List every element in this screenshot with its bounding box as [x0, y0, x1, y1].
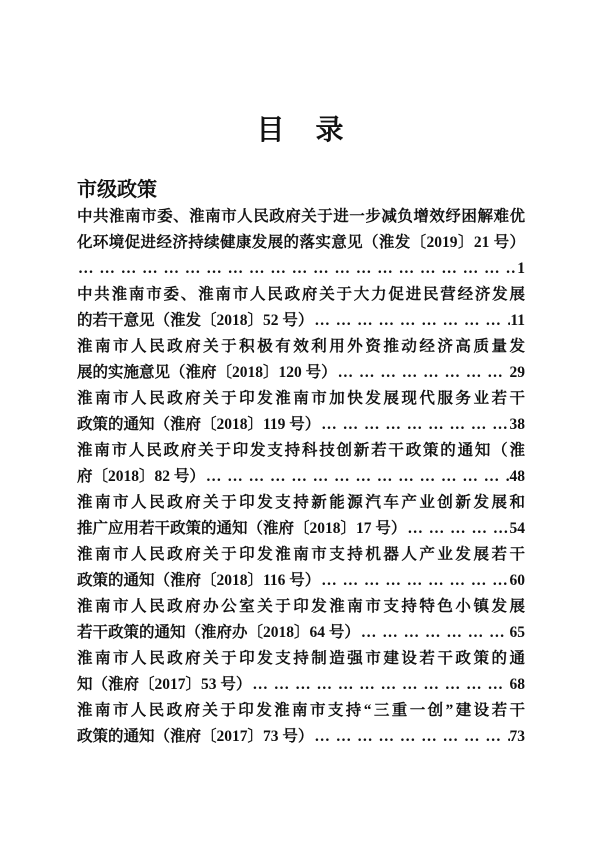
toc-entry: 中共淮南市委、淮南市人民政府关于进一步减负增效纾困解难优化环境促进经济持续健康发… — [77, 204, 525, 282]
toc-entry-leader-line: 政策的通知（淮府〔2018〕116 号）… … … … … … … … … … … — [77, 568, 525, 594]
page-number: 29 — [510, 360, 526, 386]
page-number: 60 — [510, 568, 526, 594]
toc-entry: 淮南市人民政府关于印发支持新能源汽车产业创新发展和推广应用若干政策的通知（淮府〔… — [77, 490, 525, 542]
toc-entry-leader-line: 政策的通知（淮府〔2017〕73 号）… … … … … … … … … … …… — [77, 724, 525, 750]
toc-entry-title-line: 淮南市人民政府关于印发支持科技创新若干政策的通知（淮 — [77, 438, 525, 464]
toc-entry-title-line: 推广应用若干政策的通知（淮府〔2018〕17 号） — [77, 516, 406, 542]
toc-content: 目 录 市级政策 中共淮南市委、淮南市人民政府关于进一步减负增效纾困解难优化环境… — [77, 112, 525, 750]
page-number: 73 — [510, 724, 526, 750]
toc-entry-title-line: 中共淮南市委、淮南市人民政府关于大力促进民营经济发展 — [77, 282, 525, 308]
toc-entry-title-line: 淮南市人民政府办公室关于印发淮南市支持特色小镇发展 — [77, 594, 525, 620]
toc-entry-title-line: 淮南市人民政府关于印发淮南市支持“三重一创”建设若干 — [77, 698, 525, 724]
page-number: 38 — [510, 412, 526, 438]
page-number: 54 — [510, 516, 526, 542]
toc-entry: 淮南市人民政府办公室关于印发淮南市支持特色小镇发展若干政策的通知（淮府办〔201… — [77, 594, 525, 646]
toc-entry-title-line: 淮南市人民政府关于印发支持新能源汽车产业创新发展和 — [77, 490, 525, 516]
toc-entry-leader-line: 府〔2018〕82 号）… … … … … … … … … … … … … … … — [77, 464, 525, 490]
page-number: 1 — [517, 256, 525, 282]
document-page: 目 录 市级政策 中共淮南市委、淮南市人民政府关于进一步减负增效纾困解难优化环境… — [0, 0, 600, 847]
toc-entry-title-line: 的若干意见（淮发〔2018〕52 号） — [77, 308, 313, 334]
dot-leader: … … … … … … … … … … … … … … … … … … … … … — [320, 568, 509, 594]
page-number: 48 — [510, 464, 526, 490]
toc-entry: 中共淮南市委、淮南市人民政府关于大力促进民营经济发展的若干意见（淮发〔2018〕… — [77, 282, 525, 334]
page-number: 11 — [510, 308, 525, 334]
toc-list: 中共淮南市委、淮南市人民政府关于进一步减负增效纾困解难优化环境促进经济持续健康发… — [77, 204, 525, 750]
toc-entry-leader-line: 的若干意见（淮发〔2018〕52 号）… … … … … … … … … … …… — [77, 308, 525, 334]
toc-title: 目 录 — [77, 112, 525, 150]
toc-entry-leader-line: 展的实施意见（淮府〔2018〕120 号）… … … … … … … … … …… — [77, 360, 525, 386]
toc-entry-title-line: 展的实施意见（淮府〔2018〕120 号） — [77, 360, 337, 386]
toc-entry-title-line: 政策的通知（淮府〔2017〕73 号） — [77, 724, 313, 750]
toc-entry-title-line: 淮南市人民政府关于印发淮南市加快发展现代服务业若干 — [77, 386, 525, 412]
toc-entry-title-line: 府〔2018〕82 号） — [77, 464, 205, 490]
toc-entry-title-line: 中共淮南市委、淮南市人民政府关于进一步减负增效纾困解难优 — [77, 204, 525, 230]
toc-entry: 淮南市人民政府关于印发淮南市加快发展现代服务业若干政策的通知（淮府〔2018〕1… — [77, 386, 525, 438]
toc-entry: 淮南市人民政府关于印发淮南市支持机器人产业发展若干政策的通知（淮府〔2018〕1… — [77, 542, 525, 594]
dot-leader: … … … … … … … … … … … … … … … … … … … … … — [251, 672, 509, 698]
toc-entry: 淮南市人民政府关于印发支持制造强市建设若干政策的通知（淮府〔2017〕53 号）… — [77, 646, 525, 698]
toc-entry-title-line: 若干政策的通知（淮府办〔2018〕64 号） — [77, 620, 360, 646]
dot-leader: … … … … … … … … … … … … … … … … … … … … … — [320, 412, 509, 438]
toc-entry-leader-line: 政策的通知（淮府〔2018〕119 号）… … … … … … … … … … … — [77, 412, 525, 438]
dot-leader: … … … … … … … … … … … … … … … … … … … … … — [406, 516, 509, 542]
toc-entry-title-line: 化环境促进经济持续健康发展的落实意见（淮发〔2019〕21 号） — [77, 230, 525, 256]
toc-entry-title-line: 政策的通知（淮府〔2018〕116 号） — [77, 568, 320, 594]
dot-leader: … … … … … … … … … … … … … … … … … … … … … — [77, 256, 517, 282]
toc-entry-title-line: 淮南市人民政府关于积极有效利用外资推动经济高质量发 — [77, 334, 525, 360]
page-number: 65 — [510, 620, 526, 646]
toc-entry: 淮南市人民政府关于印发支持科技创新若干政策的通知（淮府〔2018〕82 号）… … — [77, 438, 525, 490]
section-heading-municipal-policies: 市级政策 — [77, 177, 525, 204]
dot-leader: … … … … … … … … … … … … … … … … … … … … … — [313, 308, 510, 334]
dot-leader: … … … … … … … … … … … … … … … … … … … … … — [360, 620, 510, 646]
toc-entry: 淮南市人民政府关于印发淮南市支持“三重一创”建设若干政策的通知（淮府〔2017〕… — [77, 698, 525, 750]
dot-leader: … … … … … … … … … … … … … … … … … … … … … — [205, 464, 510, 490]
toc-entry-title-line: 政策的通知（淮府〔2018〕119 号） — [77, 412, 320, 438]
toc-entry-leader-line: 若干政策的通知（淮府办〔2018〕64 号）… … … … … … … … … … — [77, 620, 525, 646]
toc-entry-leader-line: 知（淮府〔2017〕53 号）… … … … … … … … … … … … …… — [77, 672, 525, 698]
page-number: 68 — [510, 672, 526, 698]
toc-entry: 淮南市人民政府关于积极有效利用外资推动经济高质量发展的实施意见（淮府〔2018〕… — [77, 334, 525, 386]
toc-entry-leader-line: 推广应用若干政策的通知（淮府〔2018〕17 号）… … … … … … … …… — [77, 516, 525, 542]
dot-leader: … … … … … … … … … … … … … … … … … … … … … — [337, 360, 510, 386]
dot-leader: … … … … … … … … … … … … … … … … … … … … … — [313, 724, 509, 750]
toc-entry-title-line: 知（淮府〔2017〕53 号） — [77, 672, 251, 698]
toc-entry-leader-line: … … … … … … … … … … … … … … … … … … … … … — [77, 256, 525, 282]
toc-entry-title-line: 淮南市人民政府关于印发支持制造强市建设若干政策的通 — [77, 646, 525, 672]
toc-entry-title-line: 淮南市人民政府关于印发淮南市支持机器人产业发展若干 — [77, 542, 525, 568]
